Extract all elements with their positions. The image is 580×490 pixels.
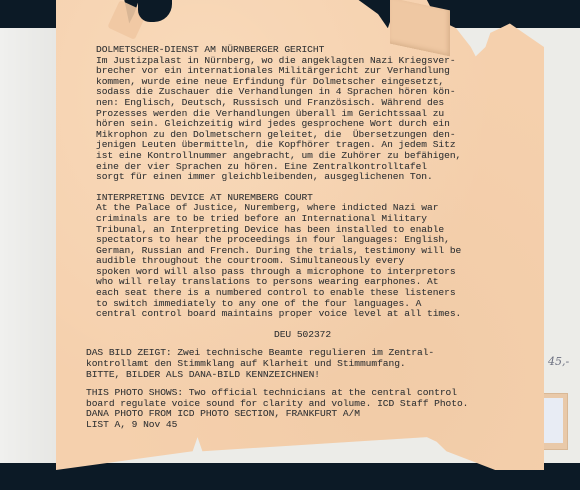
- english-line: central control board maintains proper v…: [96, 309, 516, 320]
- english-line: criminals are to be tried before an Inte…: [96, 214, 516, 225]
- german-line: ist eine Kontrollnummer angebracht, um d…: [96, 151, 516, 162]
- side-label-inner: [541, 398, 563, 443]
- german-line: nen: Englisch, Deutsch, Russisch und Fra…: [96, 98, 516, 109]
- pencil-margin-note: 45,-: [548, 355, 569, 368]
- english-caption-line: LIST A, 9 Nov 45: [86, 420, 516, 431]
- english-photo-caption: THIS PHOTO SHOWS: Two official technicia…: [96, 388, 516, 430]
- german-heading: DOLMETSCHER-DIENST AM NÜRNBERGER GERICHT: [96, 45, 516, 56]
- german-line: sorgt für einen immer gleichbleibenden, …: [96, 172, 516, 183]
- typewritten-caption: DOLMETSCHER-DIENST AM NÜRNBERGER GERICHT…: [96, 45, 516, 431]
- backing-board-left: [0, 28, 60, 463]
- background-dark-corner: [0, 0, 56, 28]
- english-body: At the Palace of Justice, Nuremberg, whe…: [96, 203, 516, 320]
- german-photo-caption: DAS BILD ZEIGT: Zwei technische Beamte r…: [96, 348, 516, 380]
- reference-number: DEU 502372: [96, 330, 516, 341]
- german-body: Im Justizpalast in Nürnberg, wo die ange…: [96, 56, 516, 183]
- german-caption-line: BITTE, BILDER ALS DANA-BILD KENNZEICHNEN…: [86, 370, 516, 381]
